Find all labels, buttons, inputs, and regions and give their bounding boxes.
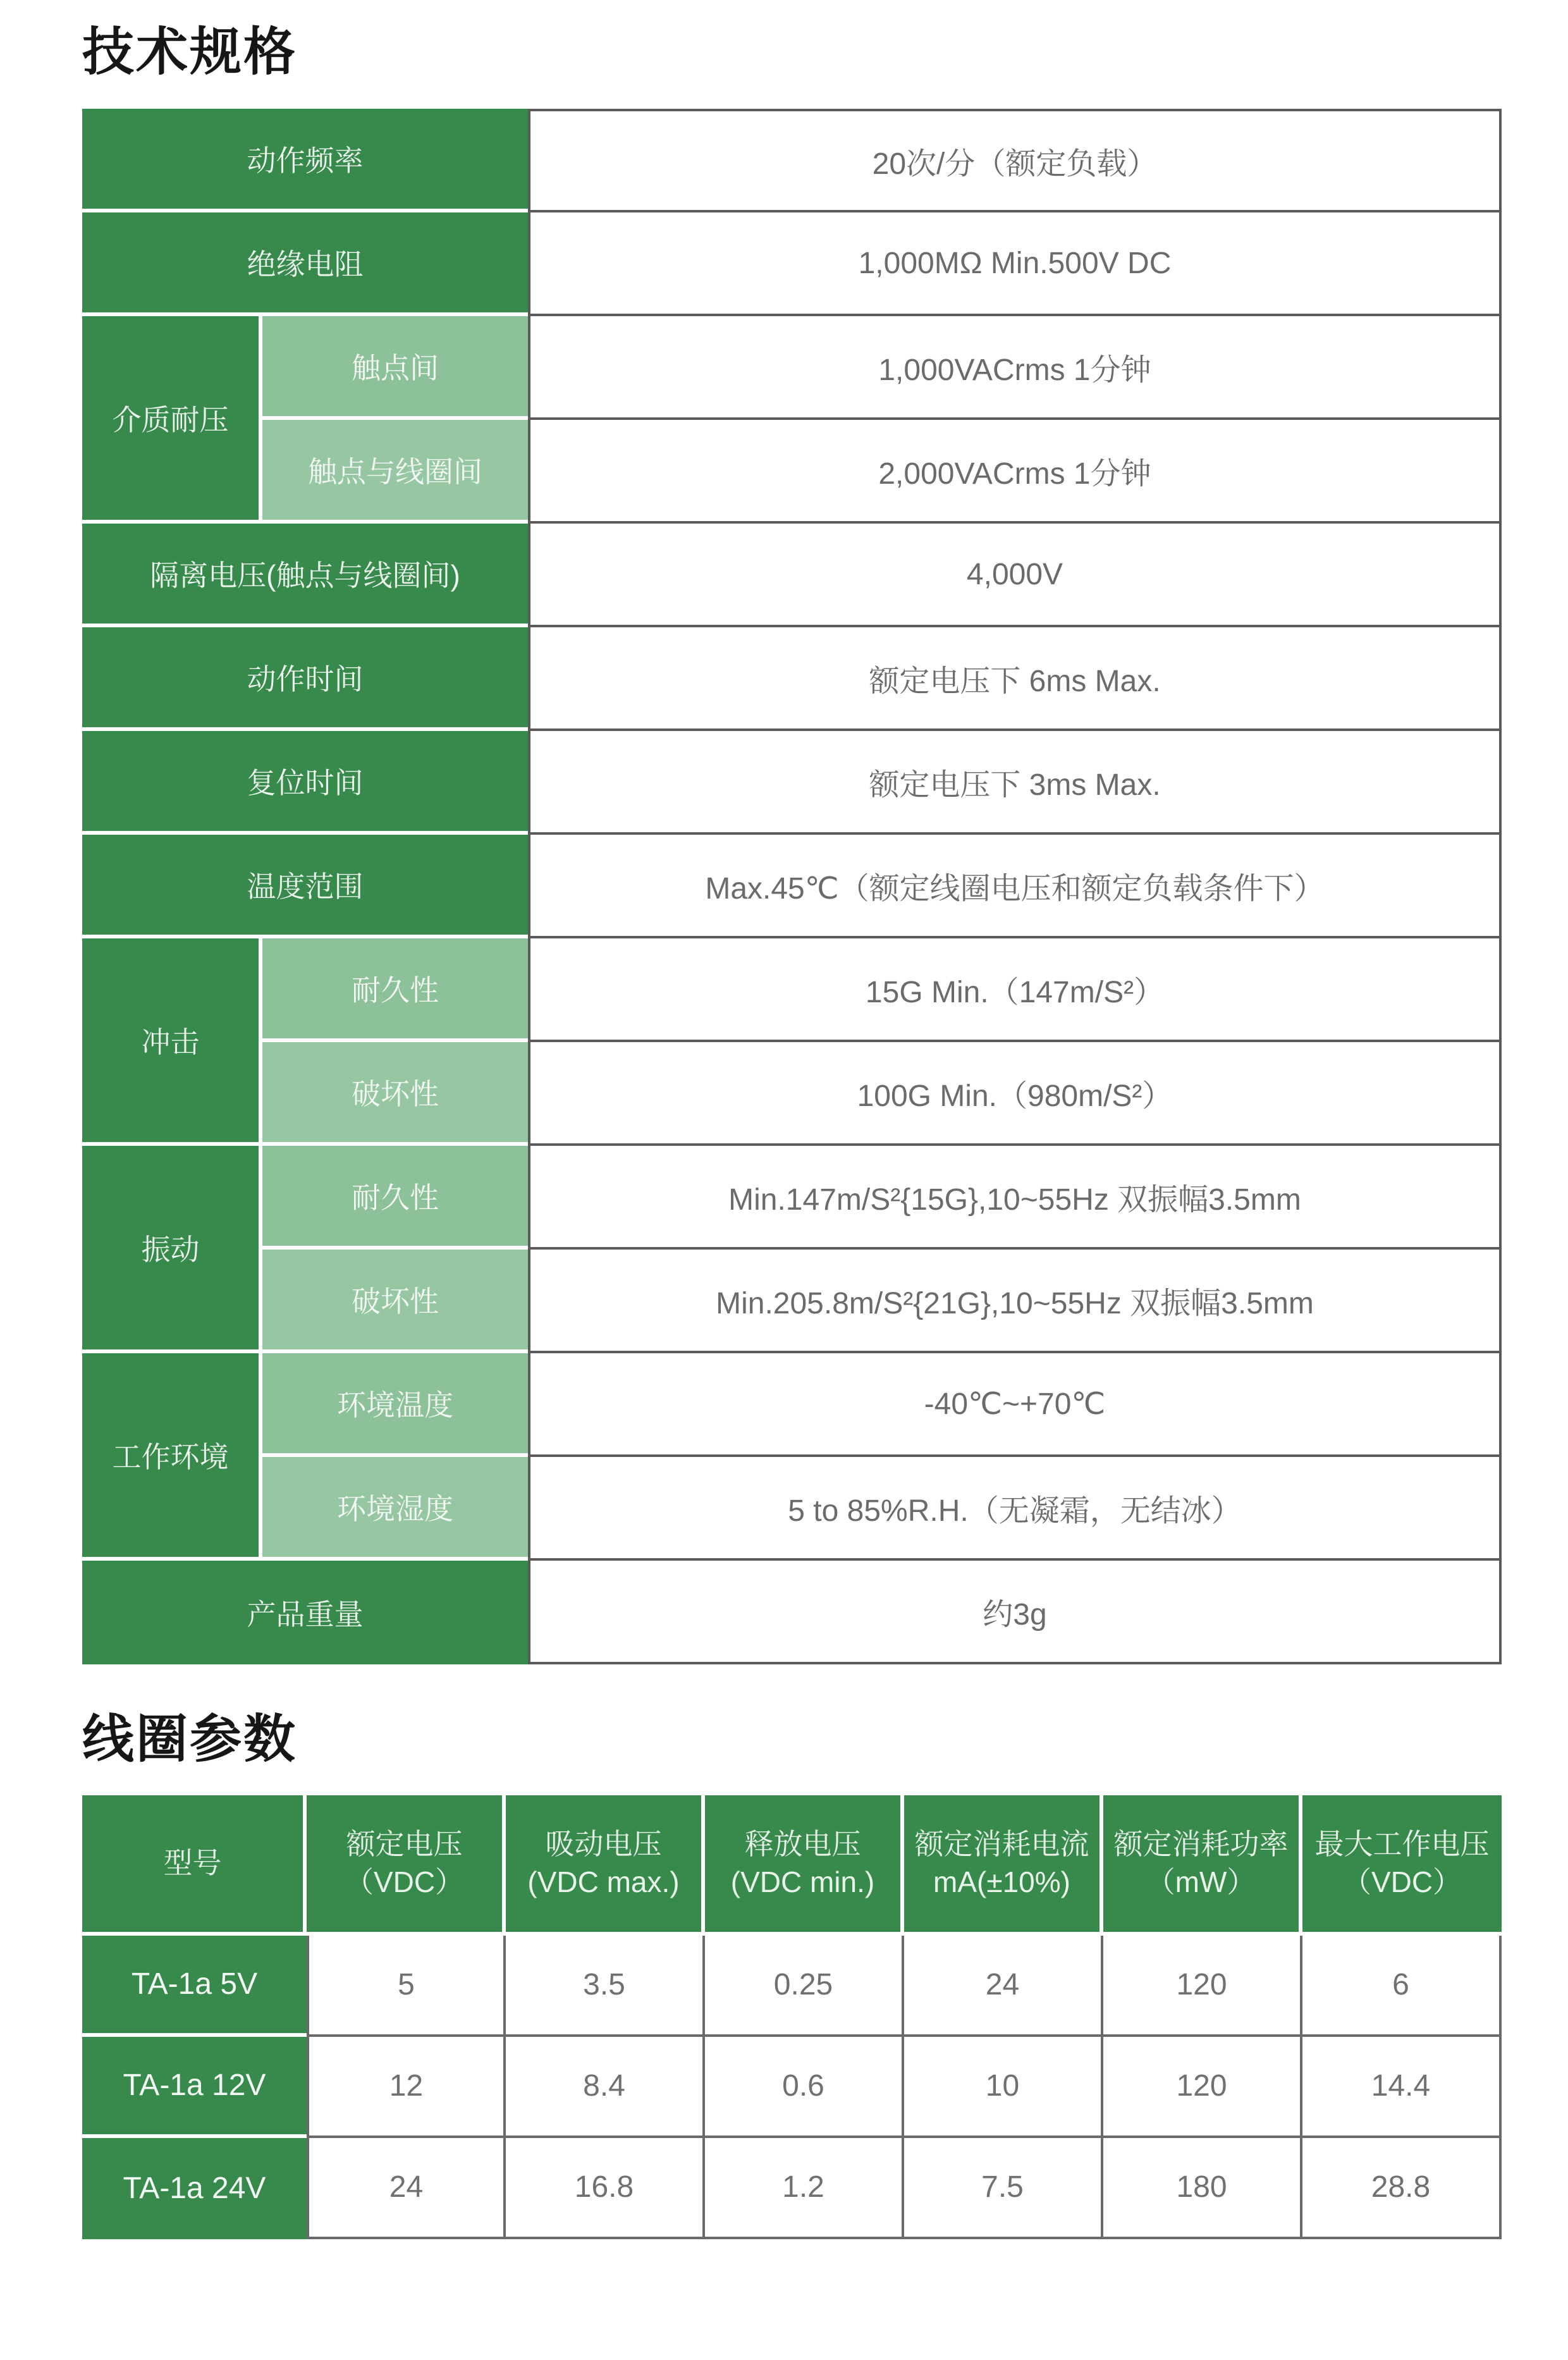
coil-model-cell: TA-1a 5V xyxy=(82,1936,307,2037)
coil-value-cell: 6 xyxy=(1302,1936,1502,2037)
spec-row-header: 温度范围 xyxy=(82,835,528,938)
coil-value-cell: 0.25 xyxy=(705,1936,904,2037)
spec-row-value: 约3g xyxy=(528,1561,1502,1664)
spec-row-value: Min.147m/S²{15G},10~55Hz 双振幅3.5mm xyxy=(528,1146,1502,1250)
coil-value-cell: 3.5 xyxy=(506,1936,705,2037)
coil-table: 型号 额定电压 （VDC） 吸动电压 (VDC max.) 释放电压 (VDC … xyxy=(82,1795,1502,2239)
spec-row-value: 5 to 85%R.H.（无凝霜，无结冰） xyxy=(528,1457,1502,1561)
spec-row: 环境湿度 5 to 85%R.H.（无凝霜，无结冰） xyxy=(82,1457,1502,1561)
spec-sub-header: 耐久性 xyxy=(262,1146,528,1250)
coil-data-row: TA-1a 12V 12 8.4 0.6 10 120 14.4 xyxy=(82,2037,1502,2138)
spec-row-header: 动作时间 xyxy=(82,627,528,731)
coil-col-header-model: 型号 xyxy=(82,1795,307,1936)
spec-sub-header: 环境温度 xyxy=(262,1353,528,1457)
coil-col-header: 吸动电压 (VDC max.) xyxy=(506,1795,705,1936)
spec-row-value: 额定电压下 6ms Max. xyxy=(528,627,1502,731)
spec-row-value: 1,000MΩ Min.500V DC xyxy=(528,212,1502,316)
spec-row-value: -40℃~+70℃ xyxy=(528,1353,1502,1457)
spec-row-value: Max.45℃（额定线圈电压和额定负载条件下） xyxy=(528,835,1502,938)
spec-row-value: 4,000V xyxy=(528,524,1502,627)
coil-col-header: 额定消耗功率 （mW） xyxy=(1103,1795,1302,1936)
spec-row: 冲击 耐久性 15G Min.（147m/S²） xyxy=(82,938,1502,1042)
spec-row: 动作频率 20次/分（额定负载） xyxy=(82,109,1502,212)
coil-section-title: 线圈参数 xyxy=(82,1710,1568,1769)
coil-value-cell: 24 xyxy=(904,1936,1103,2037)
spec-sub-header: 破坏性 xyxy=(262,1042,528,1146)
coil-model-cell: TA-1a 24V xyxy=(82,2138,307,2239)
spec-section-title: 技术规格 xyxy=(82,23,1568,82)
spec-row: 触点与线圈间 2,000VACrms 1分钟 xyxy=(82,420,1502,524)
spec-sub-header: 环境湿度 xyxy=(262,1457,528,1561)
spec-sub-header: 耐久性 xyxy=(262,938,528,1042)
coil-value-cell: 28.8 xyxy=(1302,2138,1502,2239)
spec-group-header: 振动 xyxy=(82,1146,262,1353)
coil-value-cell: 12 xyxy=(307,2037,506,2138)
spec-row: 隔离电压(触点与线圈间) 4,000V xyxy=(82,524,1502,627)
coil-value-cell: 24 xyxy=(307,2138,506,2239)
spec-row-value: 额定电压下 3ms Max. xyxy=(528,731,1502,835)
coil-value-cell: 5 xyxy=(307,1936,506,2037)
coil-col-header: 额定电压 （VDC） xyxy=(307,1795,506,1936)
coil-header-row: 型号 额定电压 （VDC） 吸动电压 (VDC max.) 释放电压 (VDC … xyxy=(82,1795,1502,1936)
spec-row: 复位时间 额定电压下 3ms Max. xyxy=(82,731,1502,835)
spec-row: 动作时间 额定电压下 6ms Max. xyxy=(82,627,1502,731)
spec-group-header: 冲击 xyxy=(82,938,262,1146)
spec-group-header: 介质耐压 xyxy=(82,316,262,524)
spec-row-header: 隔离电压(触点与线圈间) xyxy=(82,524,528,627)
spec-row-value: 100G Min.（980m/S²） xyxy=(528,1042,1502,1146)
spec-table: 动作频率 20次/分（额定负载） 绝缘电阻 1,000MΩ Min.500V D… xyxy=(82,109,1502,1664)
spec-row-value: Min.205.8m/S²{21G},10~55Hz 双振幅3.5mm xyxy=(528,1250,1502,1353)
coil-col-header: 释放电压 (VDC min.) xyxy=(705,1795,904,1936)
coil-value-cell: 7.5 xyxy=(904,2138,1103,2239)
coil-value-cell: 8.4 xyxy=(506,2037,705,2138)
coil-value-cell: 0.6 xyxy=(705,2037,904,2138)
coil-value-cell: 180 xyxy=(1103,2138,1302,2239)
spec-row-header: 绝缘电阻 xyxy=(82,212,528,316)
spec-row: 工作环境 环境温度 -40℃~+70℃ xyxy=(82,1353,1502,1457)
spec-row-header: 产品重量 xyxy=(82,1561,528,1664)
spec-row: 绝缘电阻 1,000MΩ Min.500V DC xyxy=(82,212,1502,316)
spec-row-value: 15G Min.（147m/S²） xyxy=(528,938,1502,1042)
spec-row-value: 20次/分（额定负载） xyxy=(528,109,1502,212)
coil-value-cell: 1.2 xyxy=(705,2138,904,2239)
spec-row: 振动 耐久性 Min.147m/S²{15G},10~55Hz 双振幅3.5mm xyxy=(82,1146,1502,1250)
coil-col-header: 额定消耗电流 mA(±10%) xyxy=(904,1795,1103,1936)
coil-col-header: 最大工作电压 （VDC） xyxy=(1302,1795,1502,1936)
spec-row-value: 1,000VACrms 1分钟 xyxy=(528,316,1502,420)
coil-data-row: TA-1a 24V 24 16.8 1.2 7.5 180 28.8 xyxy=(82,2138,1502,2239)
spec-row-header: 动作频率 xyxy=(82,109,528,212)
spec-row-value: 2,000VACrms 1分钟 xyxy=(528,420,1502,524)
coil-value-cell: 14.4 xyxy=(1302,2037,1502,2138)
spec-row: 温度范围 Max.45℃（额定线圈电压和额定负载条件下） xyxy=(82,835,1502,938)
coil-value-cell: 120 xyxy=(1103,1936,1302,2037)
spec-row: 破坏性 Min.205.8m/S²{21G},10~55Hz 双振幅3.5mm xyxy=(82,1250,1502,1353)
spec-group-header: 工作环境 xyxy=(82,1353,262,1561)
spec-row: 产品重量 约3g xyxy=(82,1561,1502,1664)
coil-model-cell: TA-1a 12V xyxy=(82,2037,307,2138)
spec-sheet-page: { "colors": { "dark_green": "#378a4b", "… xyxy=(0,23,1568,2360)
spec-row: 介质耐压 触点间 1,000VACrms 1分钟 xyxy=(82,316,1502,420)
spec-sub-header: 触点与线圈间 xyxy=(262,420,528,524)
coil-value-cell: 10 xyxy=(904,2037,1103,2138)
coil-data-row: TA-1a 5V 5 3.5 0.25 24 120 6 xyxy=(82,1936,1502,2037)
spec-row-header: 复位时间 xyxy=(82,731,528,835)
coil-value-cell: 16.8 xyxy=(506,2138,705,2239)
spec-sub-header: 触点间 xyxy=(262,316,528,420)
spec-row: 破坏性 100G Min.（980m/S²） xyxy=(82,1042,1502,1146)
spec-sub-header: 破坏性 xyxy=(262,1250,528,1353)
coil-value-cell: 120 xyxy=(1103,2037,1302,2138)
